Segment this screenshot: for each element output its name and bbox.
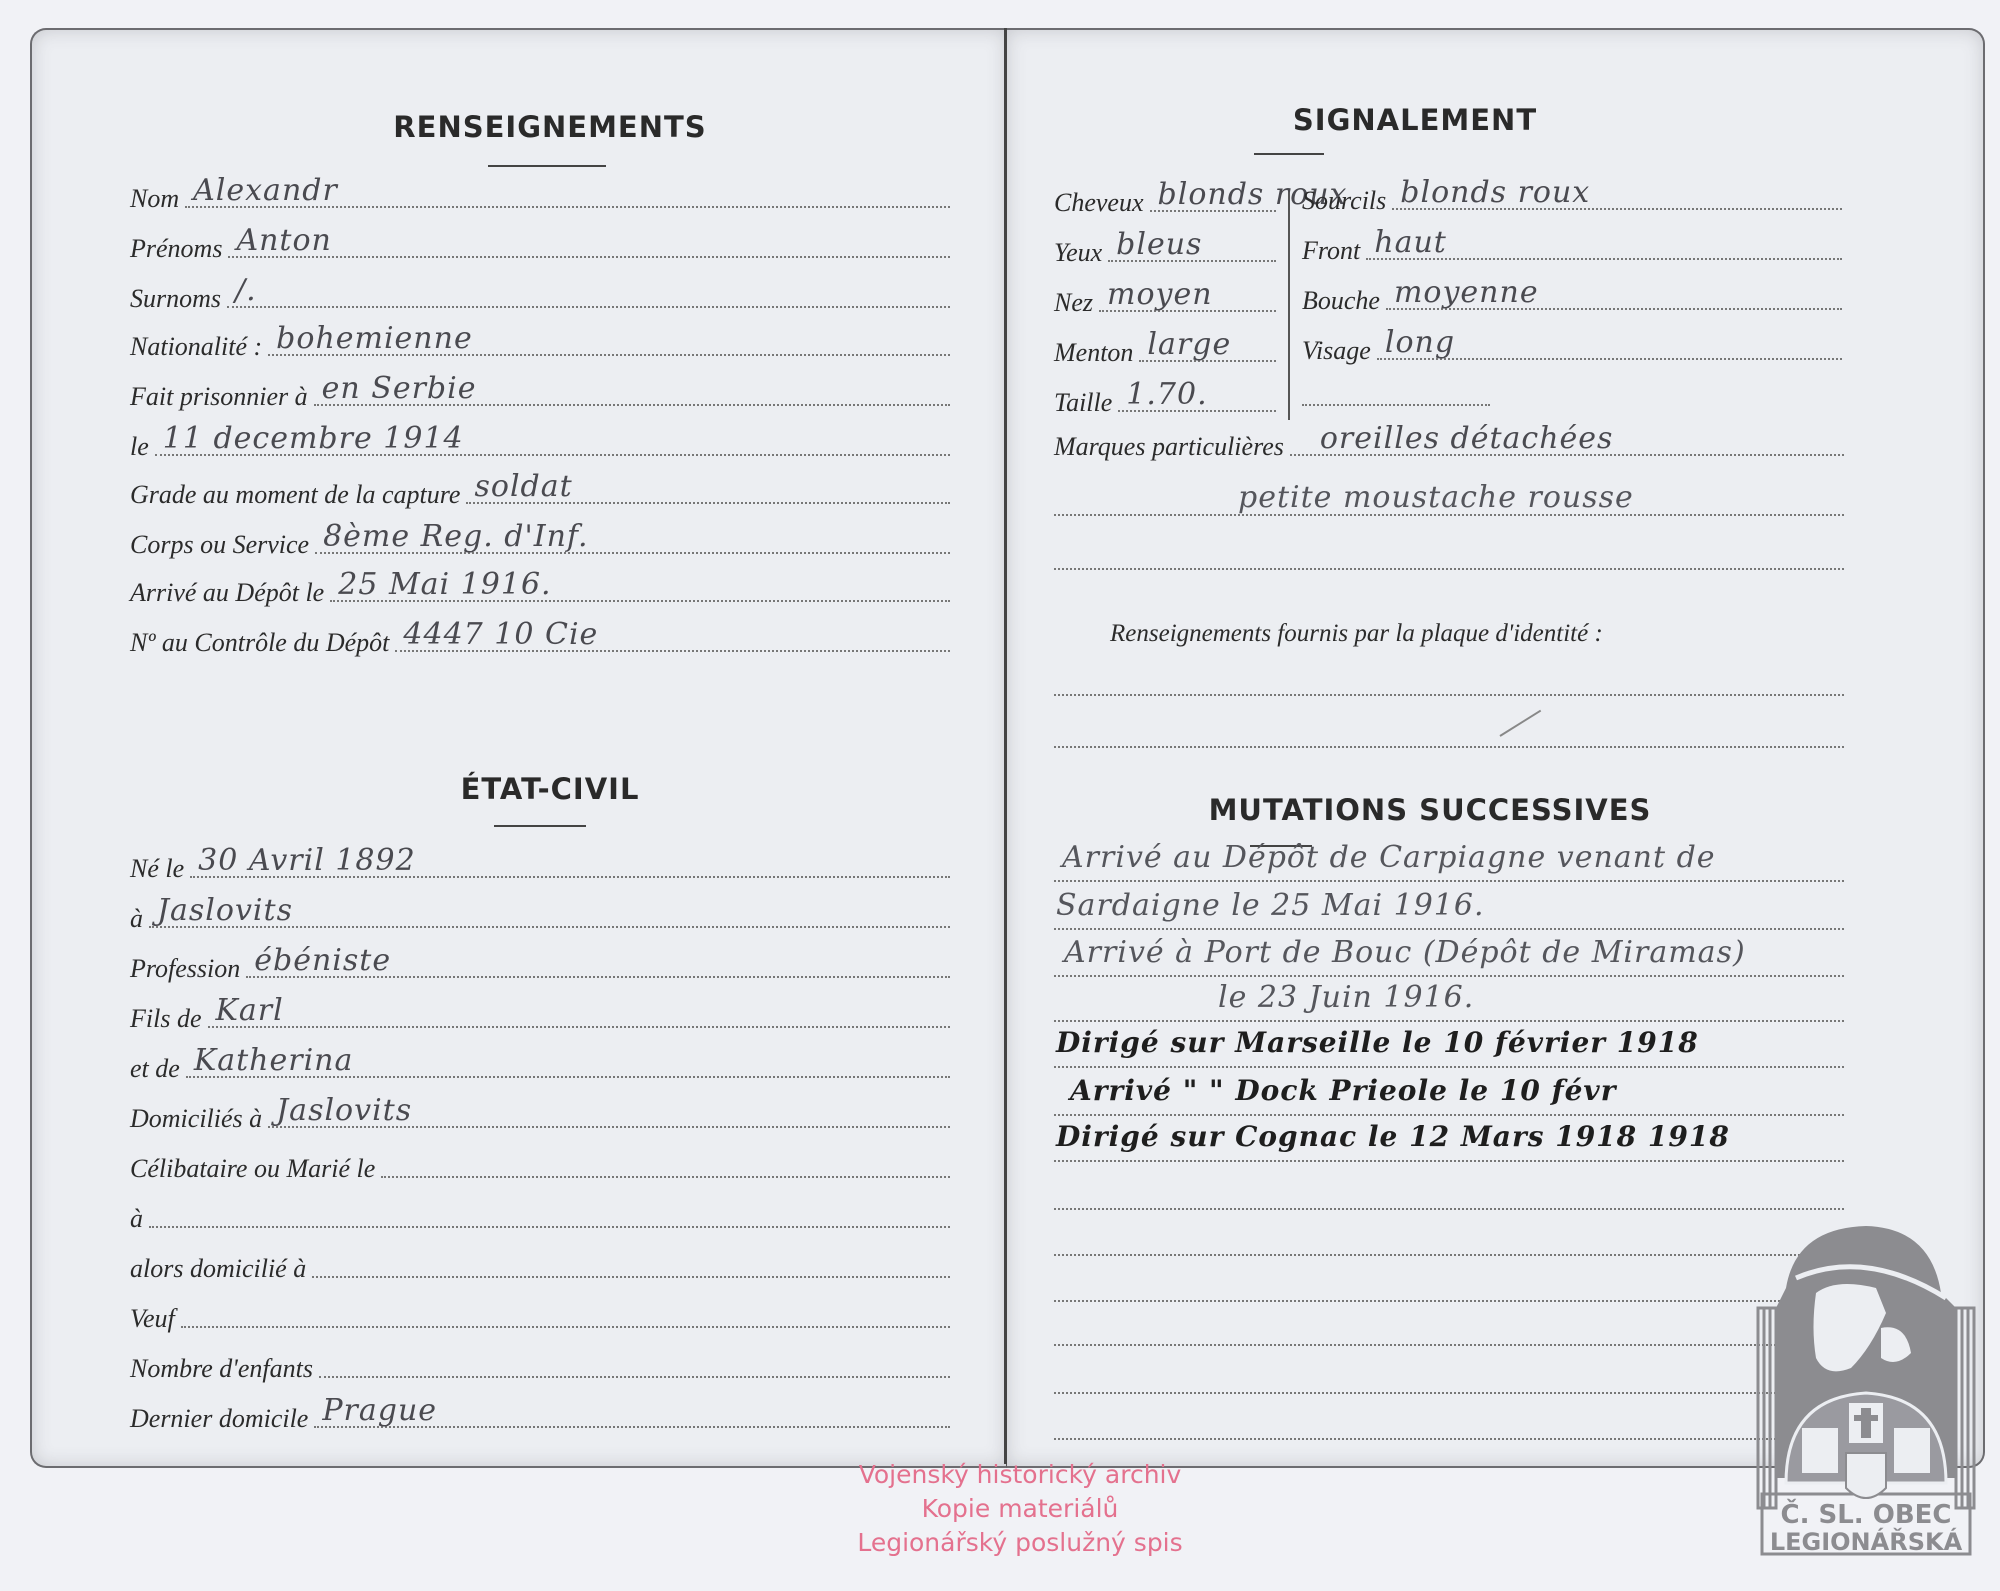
signalement-field: Nezmoyen xyxy=(1054,288,1276,318)
etat-civil-field: àJaslovits xyxy=(130,904,950,934)
field-label: Nom xyxy=(130,184,179,214)
mutation-line xyxy=(1054,1160,1844,1162)
mutation-line xyxy=(1054,880,1844,882)
marques-line-3 xyxy=(1054,568,1844,570)
field-label: à xyxy=(130,904,143,934)
renseignements-field: Nationalité :bohemienne xyxy=(130,332,950,362)
field-line: 11 decembre 1914 xyxy=(155,454,950,456)
field-value: soldat xyxy=(474,469,572,504)
signalement-field: Fronthaut xyxy=(1302,236,1842,266)
field-label: Dernier domicile xyxy=(130,1404,308,1434)
field-value: 11 decembre 1914 xyxy=(163,421,464,456)
mutation-entry: Dirigé sur Cognac le 12 Mars 1918 1918 xyxy=(1056,1120,1730,1153)
field-line: moyenne xyxy=(1386,308,1842,310)
renseignements-field: le11 decembre 1914 xyxy=(130,432,950,462)
field-value: moyenne xyxy=(1394,275,1539,310)
heading-underline xyxy=(494,825,586,827)
field-value: Anton xyxy=(236,223,331,258)
field-line xyxy=(381,1176,950,1178)
plaque-line-1 xyxy=(1054,694,1844,696)
etat-civil-field: Domiciliés àJaslovits xyxy=(130,1104,950,1134)
field-label: Bouche xyxy=(1302,286,1380,316)
heading-underline xyxy=(488,165,606,167)
mutation-entry: Arrivé à Port de Bouc (Dépôt de Miramas) xyxy=(1064,935,1746,970)
field-label: Nº au Contrôle du Dépôt xyxy=(130,628,389,658)
field-value: Prague xyxy=(322,1393,437,1428)
field-value: haut xyxy=(1374,225,1447,260)
field-line: long xyxy=(1377,358,1842,360)
mutation-entry: Arrivé au Dépôt de Carpiagne venant de xyxy=(1062,840,1716,875)
field-line xyxy=(312,1276,950,1278)
field-line: Karl xyxy=(208,1026,951,1028)
field-label: Veuf xyxy=(130,1304,175,1334)
etat-civil-field: Dernier domicilePrague xyxy=(130,1404,950,1434)
field-label: Nez xyxy=(1054,288,1093,318)
field-label: Prénoms xyxy=(130,234,222,264)
field-label: Grade au moment de la capture xyxy=(130,480,460,510)
etat-civil-field: Veuf xyxy=(130,1304,950,1334)
mutation-line xyxy=(1054,975,1844,977)
field-line: blonds roux xyxy=(1392,208,1842,210)
signalement-field: Visagelong xyxy=(1302,336,1842,366)
mutation-line xyxy=(1054,1114,1844,1116)
field-value: 25 Mai 1916. xyxy=(338,567,551,602)
field-line: Jaslovits xyxy=(149,926,950,928)
etat-civil-field: Fils deKarl xyxy=(130,1004,950,1034)
field-line xyxy=(181,1326,950,1328)
field-label: Yeux xyxy=(1054,238,1102,268)
renseignements-field: Fait prisonnier àen Serbie xyxy=(130,382,950,412)
field-value: oreilles détachées xyxy=(1320,421,1614,456)
mutation-line xyxy=(1054,1254,1844,1256)
stamp-line: Vojenský historický archiv xyxy=(780,1458,1260,1492)
field-line: Katherina xyxy=(186,1076,950,1078)
mutation-entry: Arrivé " " Dock Prieole le 10 févr xyxy=(1070,1074,1616,1107)
marques-value-2: petite moustache rousse xyxy=(1238,480,1634,515)
logo-line-2: LEGIONÁŘSKÁ xyxy=(1756,1528,1976,1556)
empty-line xyxy=(1302,404,1490,406)
field-line: soldat xyxy=(466,502,950,504)
field-line: 4447 10 Cie xyxy=(395,650,950,652)
field-line: large xyxy=(1139,360,1276,362)
mutation-line xyxy=(1054,1438,1844,1440)
field-label: Cheveux xyxy=(1054,188,1144,218)
renseignements-field: Arrivé au Dépôt le25 Mai 1916. xyxy=(130,578,950,608)
field-label: Corps ou Service xyxy=(130,530,309,560)
field-value: Karl xyxy=(216,993,284,1028)
mutation-line xyxy=(1054,1344,1844,1346)
field-line: en Serbie xyxy=(314,404,950,406)
mutation-line xyxy=(1054,1020,1844,1022)
renseignements-field: PrénomsAnton xyxy=(130,234,950,264)
mutations-heading: MUTATIONS SUCCESSIVES xyxy=(1150,793,1710,827)
field-value: Alexandr xyxy=(193,173,338,208)
field-line: oreilles détachées xyxy=(1290,454,1844,456)
signalement-field: Cheveuxblonds roux xyxy=(1054,188,1276,218)
mutation-line xyxy=(1054,928,1844,930)
renseignements-heading: RENSEIGNEMENTS xyxy=(300,110,800,144)
marques-particulieres-field: Marques particulières oreilles détachées xyxy=(1054,432,1844,462)
renseignements-field: Surnoms/. xyxy=(130,284,950,314)
field-line: haut xyxy=(1366,258,1842,260)
etat-civil-field: Nombre d'enfants xyxy=(130,1354,950,1384)
field-label: Profession xyxy=(130,954,240,984)
field-line xyxy=(319,1376,950,1378)
signalement-field: Bouchemoyenne xyxy=(1302,286,1842,316)
heading-underline xyxy=(1254,153,1324,155)
field-value: /. xyxy=(235,273,257,308)
field-value: ébéniste xyxy=(254,943,391,978)
field-line: bleus xyxy=(1108,260,1276,262)
mutation-entry: Dirigé sur Marseille le 10 février 1918 xyxy=(1056,1026,1699,1059)
mutation-line xyxy=(1054,1300,1844,1302)
field-value: Jaslovits xyxy=(276,1093,412,1128)
field-value: en Serbie xyxy=(322,371,477,406)
field-value: 8ème Reg. d'Inf. xyxy=(323,519,588,554)
field-value: 1.70. xyxy=(1126,377,1207,412)
signalement-column-divider xyxy=(1288,190,1290,420)
plaque-line-2 xyxy=(1054,746,1844,748)
mutation-entry: Sardaigne le 25 Mai 1916. xyxy=(1056,888,1485,923)
signalement-field: Sourcilsblonds roux xyxy=(1302,186,1842,216)
signalement-heading: SIGNALEMENT xyxy=(1215,103,1615,137)
logo-line-1: Č. SL. OBEC xyxy=(1756,1500,1976,1530)
field-label: alors domicilié à xyxy=(130,1254,306,1284)
field-label: Nationalité : xyxy=(130,332,262,362)
field-value: moyen xyxy=(1107,277,1213,312)
field-label: Domiciliés à xyxy=(130,1104,262,1134)
field-line: 8ème Reg. d'Inf. xyxy=(315,552,950,554)
field-value: bleus xyxy=(1116,227,1202,262)
field-line: 25 Mai 1916. xyxy=(330,600,950,602)
field-label: Nombre d'enfants xyxy=(130,1354,313,1384)
etat-civil-heading: ÉTAT-CIVIL xyxy=(400,772,700,806)
field-line: Alexandr xyxy=(185,206,950,208)
field-value: large xyxy=(1147,327,1231,362)
etat-civil-field: à xyxy=(130,1204,950,1234)
stamp-line: Kopie materiálů xyxy=(780,1492,1260,1526)
mutation-line xyxy=(1054,1066,1844,1068)
field-label: Fils de xyxy=(130,1004,202,1034)
field-label: Marques particulières xyxy=(1054,432,1284,462)
field-line: Prague xyxy=(314,1426,950,1428)
mutation-line xyxy=(1054,1392,1844,1394)
renseignements-field: Corps ou Service8ème Reg. d'Inf. xyxy=(130,530,950,560)
field-line: bohemienne xyxy=(268,354,950,356)
etat-civil-field: et deKatherina xyxy=(130,1054,950,1084)
field-label: Visage xyxy=(1302,336,1371,366)
renseignements-field: Nº au Contrôle du Dépôt4447 10 Cie xyxy=(130,628,950,658)
field-line: 1.70. xyxy=(1118,410,1276,412)
field-value: Katherina xyxy=(194,1043,354,1078)
field-line: blonds roux xyxy=(1150,210,1276,212)
field-label: à xyxy=(130,1204,143,1234)
field-label: Sourcils xyxy=(1302,186,1386,216)
field-value: Jaslovits xyxy=(157,893,293,928)
field-value: 30 Avril 1892 xyxy=(198,843,416,878)
renseignements-field: NomAlexandr xyxy=(130,184,950,214)
etat-civil-field: Professionébéniste xyxy=(130,954,950,984)
field-label: le xyxy=(130,432,149,462)
field-label: Arrivé au Dépôt le xyxy=(130,578,324,608)
etat-civil-field: Né le30 Avril 1892 xyxy=(130,854,950,884)
field-label: Célibataire ou Marié le xyxy=(130,1154,375,1184)
signalement-field: Yeuxbleus xyxy=(1054,238,1276,268)
signalement-field: Mentonlarge xyxy=(1054,338,1276,368)
field-value: blonds roux xyxy=(1400,175,1590,210)
mutation-line xyxy=(1054,1208,1844,1210)
field-value: bohemienne xyxy=(276,321,473,356)
field-line: 30 Avril 1892 xyxy=(190,876,950,878)
signalement-field: Taille1.70. xyxy=(1054,388,1276,418)
field-label: Taille xyxy=(1054,388,1112,418)
field-line: Jaslovits xyxy=(268,1126,950,1128)
mutation-entry: le 23 Juin 1916. xyxy=(1218,980,1474,1015)
archive-stamp: Vojenský historický archiv Kopie materiá… xyxy=(780,1458,1260,1560)
field-line: ébéniste xyxy=(246,976,950,978)
etat-civil-field: alors domicilié à xyxy=(130,1254,950,1284)
field-label: Né le xyxy=(130,854,184,884)
field-line: moyen xyxy=(1099,310,1276,312)
field-value: 4447 10 Cie xyxy=(403,617,598,652)
etat-civil-field: Célibataire ou Marié le xyxy=(130,1154,950,1184)
field-line: /. xyxy=(227,306,950,308)
field-line: Anton xyxy=(228,256,950,258)
field-label: et de xyxy=(130,1054,180,1084)
field-value: long xyxy=(1385,325,1455,360)
renseignements-field: Grade au moment de la capturesoldat xyxy=(130,480,950,510)
booklet-spine xyxy=(1004,28,1007,1464)
stamp-line: Legionářský poslužný spis xyxy=(780,1526,1260,1560)
field-label: Fait prisonnier à xyxy=(130,382,308,412)
field-label: Menton xyxy=(1054,338,1133,368)
field-label: Surnoms xyxy=(130,284,221,314)
field-line xyxy=(149,1226,950,1228)
plaque-identite-label: Renseignements fournis par la plaque d'i… xyxy=(1110,620,1603,648)
field-label: Front xyxy=(1302,236,1360,266)
legionnaire-emblem-icon: Č. SL. OBEC LEGIONÁŘSKÁ xyxy=(1756,1218,1976,1558)
